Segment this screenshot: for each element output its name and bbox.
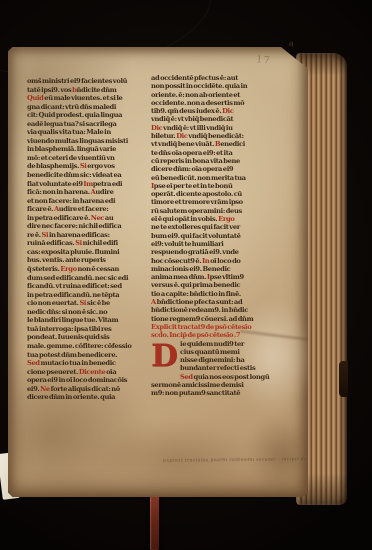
manuscript-text-line: respuendo gratiā ei9. vnde (151, 248, 270, 256)
manuscript-text-line: eadē legua tua? si sacrilega (27, 120, 141, 129)
manuscript-text-line: le blandiri lingue tue. Vitam (27, 316, 141, 325)
manuscript-text-line: operāt. dicente apostolo. cū (151, 190, 270, 198)
manuscript-text-line: benedicite dn̄m sic: videat ea (27, 171, 141, 180)
clasp-nub (339, 361, 348, 397)
manuscript-text-line: scd̄o. Incip̄ de psō cētesīo .7 (151, 331, 270, 339)
manuscript-text-line: eī ē qui opāt in vobis. Ergo (151, 215, 270, 223)
manuscript-text-line: in petra edificandū. ne tēpta (27, 291, 141, 300)
manuscript-text-line: Sed quia nos eos post longū (180, 373, 270, 381)
manuscript-text-line: ficare ē. Audire et facere: (27, 205, 141, 214)
manuscript-text-line: versus ē. qui prima benedic (151, 281, 270, 289)
manuscript-text-line: in petra edificare ē. Nec au (27, 214, 141, 223)
manuscript-text-line: hoc cōsecut9 ē. In oī loco do (151, 257, 270, 265)
manuscript-text-line: oms̄ ministri ei9 facientes volū (27, 77, 141, 86)
manuscript-text-line: dum sed edificandū. nec sic edi (27, 274, 141, 283)
manuscript-text-line: cū reperis in bona vita bene (151, 157, 270, 165)
manuscript-text-line: ie quidem nudi9 ter (180, 340, 270, 348)
manuscript-text-line: male. gemme. cōfitere: cōfessio (27, 342, 141, 351)
manuscript-text-line: dicere dn̄m: oīa opera ei9 (151, 165, 270, 173)
manuscript-text-line: ad occidentē pfectus ē: aut (151, 74, 270, 82)
manuscript-text-line: cio non euertat. Si sic ē be (27, 299, 141, 308)
manuscript-text-line: tatē ipsi9. vos bn̄dicite dn̄m (27, 86, 141, 95)
manuscript-text-line: Quid eū male viuentes. et si le (27, 94, 141, 103)
manuscript-text-line: cius quantū memi (180, 348, 270, 356)
manuscript-text-line: bundanter refecti estis (180, 364, 270, 372)
manuscript-text-line: dire nec facere: nichil edifica (27, 222, 141, 231)
manuscript-text-line: cas: exposita pluuie. flumini (27, 248, 141, 257)
manuscript-text-line: biletur. Dic vndiq̄ benedicāt: (151, 132, 270, 140)
manuscript-text-line: bus. ventis. ante ruperis (27, 256, 141, 265)
text-column-left: oms̄ ministri ei9 facientes volūtatē ips… (27, 77, 141, 402)
manuscript-text-line: ei9. Ne forte aliquis dicat: nō (27, 385, 141, 394)
manuscript-text-line: et non facere: in harena edi (27, 197, 141, 206)
manuscript-text-line: A bn̄dictione pfecta sunt: ad (151, 298, 270, 306)
manuscript-text-line: ei9: voluit te humiliari (151, 240, 270, 248)
manuscript-text-line: te dn̄s oīa opera ei9: et ita (151, 149, 270, 157)
manuscript-text-line: tib9. qm̄ deus iudex ē. Dic (151, 107, 270, 115)
manuscript-text-line: viuendo multas linguas misisti (27, 137, 141, 146)
manuscript-text-line: Sed mutacio tua in benedic (27, 359, 141, 368)
manuscript-text-line: pondeat. Iuuenis quid sis (27, 333, 141, 342)
manuscript-text-line: cit: Quid prodest. quia lingua (27, 111, 141, 120)
illuminated-initial: D (151, 341, 177, 374)
manuscript-text-line: de blasphemijs. Si ergo vos (27, 162, 141, 171)
manuscript-text-line: eū benedicūt. non merita tua (151, 174, 270, 182)
manuscript-text-line: cione pseueret. Dicente oīa (27, 368, 141, 377)
incipit-paragraph: D ie quidem nudi9 tercius quantū meminis… (151, 340, 270, 398)
manuscript-text-line: bum ei9. qui facit voluntatē (151, 232, 270, 240)
manuscript-text-line: q̄ steteris. Ergo non ē cessan (27, 265, 141, 274)
manuscript-text-line: vt vndiq̄ bene viuāt. Benedici (151, 140, 270, 148)
manuscript-text-line: tua potest dn̄m benedicere. (27, 351, 141, 360)
manuscript-text-line: nisse dignemini: ha (180, 356, 270, 364)
manuscript-text-line: ficandū. vt ruina edificet: sed (27, 282, 141, 291)
manuscript-text-line: fiat voluntate ei9 Impetra edi (27, 180, 141, 189)
manuscript-text-line: nedic dn̄s: si non ē sic. no (27, 308, 141, 317)
manuscript-text-line: tio a capite: bn̄dictio in finē. (151, 290, 270, 298)
manuscript-page: 17 oms̄ ministri ei9 facientes volūtatē … (8, 47, 308, 497)
bookmark-ribbon (150, 491, 159, 550)
manuscript-text-line: ficā: non in harena. Audire (27, 188, 141, 197)
manuscript-text-line: bn̄dictionē redeam9. in bn̄dic (151, 306, 270, 314)
quire-mark: a (288, 39, 295, 49)
manuscript-text-line: ruinā edificas. Si nichil edifi (27, 239, 141, 248)
manuscript-text-line: gna dicant: vtrū dn̄s maledi (27, 103, 141, 112)
manuscript-text-line: in blasphemiā. linguā varie (27, 145, 141, 154)
manuscript-text-line: ne te extolleres qui facit ver (151, 223, 270, 231)
manuscript-text-line: m9: non putam9 sanctitatē (151, 389, 270, 397)
manuscript-text-line: tione regnem9 cōuersi. ad dn̄m (151, 315, 270, 323)
manuscript-text-line: dicere dn̄m in oriente. quia (27, 393, 141, 402)
folio-number: 17 (255, 54, 271, 66)
manuscript-text-line: tuā interroga: ipsa tibi res (27, 325, 141, 334)
manuscript-text-line: sermonē amicissime demisi (151, 381, 270, 389)
manuscript-text-line: non possit in occidēte. quia in (151, 82, 270, 90)
text-column-right: ad occidentē pfectus ē: autnon possit in… (151, 74, 270, 398)
manuscript-text-line: opera ei9 in oī loco dominacōis (27, 376, 141, 385)
manuscript-text-line: vndiq̄ ē: vt vbiq̄ benedicāt (151, 115, 270, 123)
manuscript-text-line: re ē. Si in harena edificas: (27, 231, 141, 240)
manuscript-text-line: occidente. non a desertis mō (151, 99, 270, 107)
manuscript-text-line: rū salutem operamini: deus (151, 207, 270, 215)
manuscript-text-line: oriente. ē: non ab oriente et (151, 91, 270, 99)
manuscript-text-line: timore et tremore vrām ipso (151, 198, 270, 206)
rubric: Explicit tractat9 de psō cētesīoscd̄o. I… (151, 323, 270, 340)
manuscript-text-line: Dic vndiq̄ ē: vt illi vndiq̄ iu (151, 124, 270, 132)
bottom-inscription: Explicit tractatus psalmi centesimi secu… (163, 457, 305, 463)
manuscript-text-line: Explicit tractat9 de psō cētesīo (151, 323, 270, 331)
manuscript-text-line: mō: et ceteri de viuentiū vn (27, 154, 141, 163)
photo-backdrop: 17 oms̄ ministri ei9 facientes volūtatē … (0, 0, 372, 550)
parchment-stain (246, 415, 318, 497)
manuscript-text-line: minacionis ei9. Benedic (151, 265, 270, 273)
manuscript-text-line: via qualis vita tua: Male in (27, 128, 141, 137)
commentary-text: ad occidentē pfectus ē: autnon possit in… (151, 74, 270, 323)
manuscript-text-line: anima mea dn̄m. Ipse vltim9 (151, 273, 270, 281)
manuscript-text-line: Ipse eī per te et in te bonū (151, 182, 270, 190)
